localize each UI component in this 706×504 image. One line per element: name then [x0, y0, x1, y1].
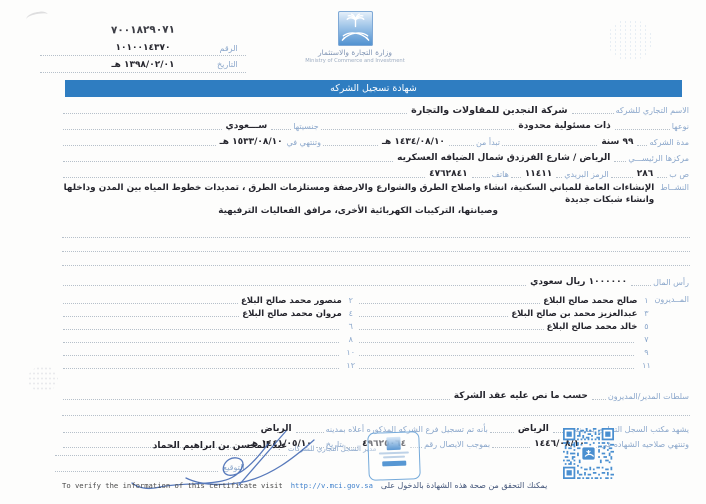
scan-smudge: [25, 11, 48, 24]
ministry-name-arabic: وزارة التجارة والاستثمار: [305, 48, 405, 57]
manager-row: ١٢: [62, 358, 358, 371]
certificate-body: الاسم التجاري للشركه شركة النجدين للمقاو…: [62, 101, 690, 450]
phone-label: هاتف: [491, 170, 510, 180]
manager-row: ٢منصور محمد صالح البلاع: [62, 293, 358, 306]
managers-section: المــديرون ١صالح محمد صالح البلاع ٣عبدال…: [62, 293, 690, 371]
powers-label: سلطات المدير/المديرون: [607, 392, 690, 402]
end-date-label: وتنتهي في: [286, 138, 322, 148]
manager-number: ١٠: [344, 348, 358, 358]
ministry-stamp-icon: [367, 431, 421, 481]
type-value: ذات مسئولية محدودة: [515, 121, 613, 132]
powers-value: حسب ما نص عليه عقد الشركة: [451, 391, 591, 402]
head-office-value: الرياض / شارع الفرزدق شمال الضيافه العسك…: [394, 153, 613, 164]
handwritten-number: ٧٠٠١٨٢٩٠٧١: [40, 23, 246, 38]
manager-name: مروان محمد صالح البلاع: [240, 309, 343, 319]
type-label: نوعها: [671, 122, 690, 132]
activity-text: الإنشاءات العامة للمباني السكنية، انشاء …: [62, 183, 659, 218]
separator-dotted-line: [62, 405, 690, 416]
stamp-bar: [382, 461, 406, 467]
managers-columns: ١صالح محمد صالح البلاع ٣عبدالعزيز محمد ب…: [62, 293, 653, 371]
duration-row: مدة الشركه ٩٩ سنة تبدأ من ١٤٣٤/٠٨/١٠ هـ …: [62, 132, 690, 148]
manager-number: ٧: [639, 335, 653, 345]
manager-number: ١٢: [344, 361, 358, 371]
start-date-value: ١٤٣٤/٠٨/١٠ هـ: [379, 137, 448, 148]
head-office-label: مركزها الرئيســـي: [627, 154, 690, 164]
manager-number: ٤: [344, 309, 358, 319]
manager-row: ١١: [358, 358, 654, 371]
manager-name: منصور محمد صالح البلاع: [239, 296, 344, 306]
activity-label: النشــاط: [659, 183, 690, 193]
manager-number: ٢: [344, 296, 358, 306]
manager-row: ٧: [358, 332, 654, 345]
verification-footer: To verify the information of this certif…: [62, 481, 622, 490]
trade-name-value: شركة النجدين للمقاولات والتجارة: [408, 105, 570, 116]
manager-row: ٩: [358, 345, 654, 358]
type-nationality-row: نوعها ذات مسئولية محدودة جنسيتها ســـعود…: [62, 116, 690, 132]
nationality-value: ســـعودي: [223, 121, 271, 132]
managers-column-right: ١صالح محمد صالح البلاع ٣عبدالعزيز محمد ب…: [358, 293, 654, 371]
nationality-label: جنسيتها: [292, 122, 319, 132]
po-box-label: ص ب: [668, 170, 690, 180]
manager-number: ٣: [639, 309, 653, 319]
manager-name: صالح محمد صالح البلاع: [541, 296, 639, 306]
manager-row: ٤مروان محمد صالح البلاع: [62, 306, 358, 319]
phone-value: ٤٧٦٢٨٤١: [426, 169, 470, 180]
verification-qr-code-icon: [563, 427, 614, 480]
manager-row: ٦: [62, 319, 358, 332]
manager-number: ٥: [639, 322, 653, 332]
date-label: التاريخ: [217, 58, 238, 74]
stamp-emblem: [386, 437, 400, 450]
cr-date-value: ١٣٩٨/٠٢/٠١ هـ: [40, 59, 246, 73]
managers-label: المــديرون: [653, 293, 690, 305]
registration-numbers-block: ٧٠٠١٨٢٩٠٧١ ١٠١٠٠١٤٣٧٠ ١٣٩٨/٠٢/٠١ هـ: [40, 24, 246, 76]
ministry-logo: وزارة التجارة والاستثمار Ministry of Com…: [305, 11, 405, 64]
manager-number: ١: [639, 296, 653, 306]
managers-column-left: ٢منصور محمد صالح البلاع ٤مروان محمد صالح…: [62, 293, 358, 371]
postal-code-value: ١١٤١١: [522, 169, 555, 180]
activity-row: النشــاط الإنشاءات العامة للمباني السكني…: [62, 183, 690, 218]
empty-dotted-line: [62, 252, 690, 266]
trade-name-row: الاسم التجاري للشركه شركة النجدين للمقاو…: [62, 101, 690, 116]
activity-line-1: الإنشاءات العامة للمباني السكنية، انشاء …: [62, 183, 654, 206]
certificate-title-bar: شهادة تسجيل الشركه: [65, 80, 682, 97]
manager-row: ٣عبدالعزيز محمد بن صالح البلاع: [358, 306, 654, 319]
cr-number-value: ١٠١٠٠١٤٣٧٠: [40, 42, 246, 56]
po-box-value: ٢٨٦: [634, 169, 656, 180]
capital-row: رأس المال ١٠٠٠٠٠٠ ريال سعودي: [62, 272, 690, 288]
faint-stamp-residue: [608, 20, 652, 60]
manager-name: عبدالعزيز محمد بن صالح البلاع: [509, 309, 639, 319]
empty-dotted-line: [62, 224, 690, 238]
manager-row: ١٠: [62, 345, 358, 358]
manager-row: ١صالح محمد صالح البلاع: [358, 293, 654, 306]
empty-dotted-line: [62, 238, 690, 252]
manager-row: ٥خالد محمد صالح البلاع: [358, 319, 654, 332]
start-date-label: تبدأ من: [475, 138, 501, 148]
ministry-name-english: Ministry of Commerce and Investment: [305, 58, 405, 64]
number-label: الرقم: [217, 42, 238, 58]
postal-code-label: الرمز البريدي: [563, 170, 610, 180]
end-date-value: ١٥٣٣/٠٨/١٠ هـ: [217, 137, 286, 148]
manager-number: ١١: [639, 361, 653, 371]
number-date-labels: الرقم التاريخ: [217, 42, 238, 73]
trade-name-label: الاسم التجاري للشركه: [615, 106, 690, 116]
duration-value: ٩٩ سنة: [598, 137, 636, 148]
attestation-office-city: الرياض: [515, 424, 552, 435]
powers-row: سلطات المدير/المديرون حسب ما نص عليه عقد…: [62, 386, 690, 402]
receipt-label: بموجب الايصال رقم: [423, 440, 491, 450]
manager-name: خالد محمد صالح البلاع: [545, 322, 640, 332]
manager-row: ٨: [62, 332, 358, 345]
saudi-emblem-icon: [338, 11, 373, 46]
duration-label: مدة الشركه: [648, 138, 690, 148]
manager-number: ٨: [344, 335, 358, 345]
certificate-page: ٧٠٠١٨٢٩٠٧١ ١٠١٠٠١٤٣٧٠ ١٣٩٨/٠٢/٠١ هـ الرق…: [0, 0, 706, 504]
capital-value: ١٠٠٠٠٠٠ ريال سعودي: [527, 277, 630, 288]
head-office-row: مركزها الرئيســـي الرياض / شارع الفرزدق …: [62, 148, 690, 164]
scan-noise: [28, 366, 58, 392]
manager-number: ٦: [344, 322, 358, 332]
contact-row: ص ب ٢٨٦ الرمز البريدي ١١٤١١ هاتف ٤٧٦٢٨٤١: [62, 164, 690, 180]
capital-label: رأس المال: [652, 278, 690, 288]
manager-number: ٩: [639, 348, 653, 358]
verify-text-arabic: يمكنك التحقق من صحة هذه الشهادة بالدخول …: [381, 481, 547, 490]
activity-line-2: وصيانتها، التركيبات الكهربائية الأخرى، م…: [62, 206, 654, 218]
verify-url-link[interactable]: http://v.mci.gov.sa: [291, 481, 373, 490]
verify-text-english: To verify the information of this certif…: [62, 481, 283, 490]
